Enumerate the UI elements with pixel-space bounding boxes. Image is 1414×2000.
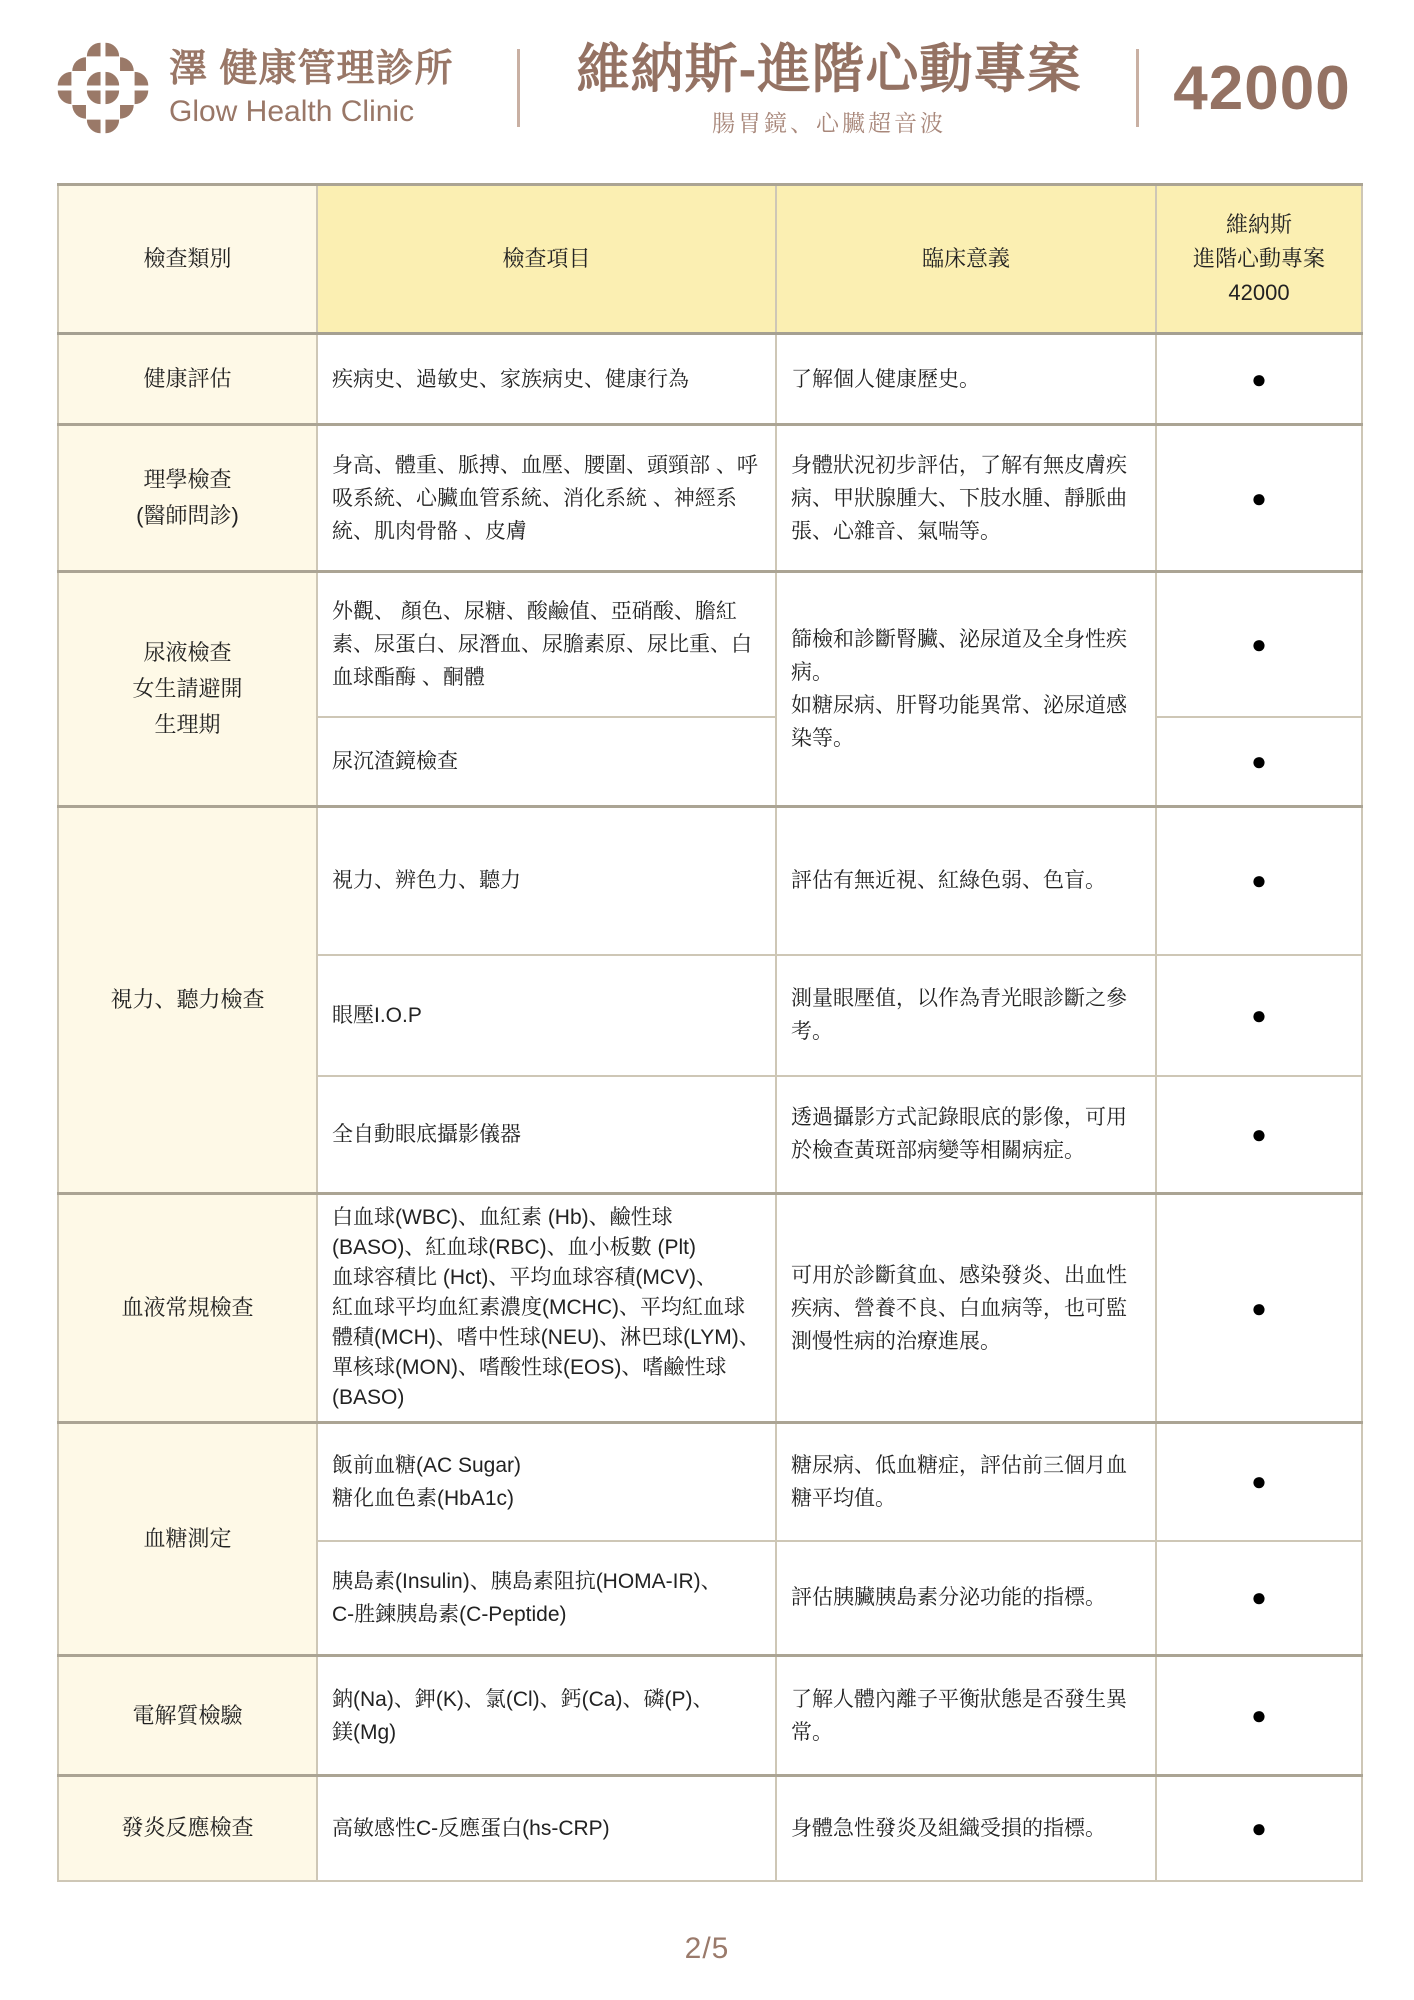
included-dot: ● [1156,1656,1362,1776]
table-row: 視力、聽力檢查 視力、辨色力、聽力 評估有無近視、紅綠色弱、色盲。 ● [58,807,1362,955]
category-cell: 發炎反應檢查 [58,1776,317,1881]
header-divider [1136,49,1139,127]
document-page: 澤 健康管理診所 Glow Health Clinic 維納斯-進階心動專案 腸… [0,0,1414,2000]
header-divider [517,49,520,127]
clinic-name-zh: 澤 健康管理診所 [169,46,499,92]
meaning-cell: 評估有無近視、紅綠色弱、色盲。 [776,807,1156,955]
included-dot: ● [1156,1541,1362,1656]
item-cell: 高敏感性C-反應蛋白(hs-CRP) [317,1776,776,1881]
plan-price: 42000 [1163,53,1361,124]
table-row: 尿液檢查 女生請避開 生理期 外觀、 顏色、尿糖、酸鹼值、亞硝酸、膽紅素、尿蛋白… [58,572,1362,717]
included-dot: ● [1156,717,1362,807]
item-cell: 視力、辨色力、聽力 [317,807,776,955]
included-dot: ● [1156,1776,1362,1881]
included-dot: ● [1156,1194,1362,1423]
clinic-name-block: 澤 健康管理診所 Glow Health Clinic [169,46,499,130]
item-cell: 飯前血糖(AC Sugar) 糖化血色素(HbA1c) [317,1423,776,1541]
meaning-cell: 透過攝影方式記錄眼底的影像，可用於檢查黃斑部病變等相關病症。 [776,1076,1156,1194]
table-row: 理學檢查 (醫師問診) 身高、體重、脈搏、血壓、腰圍、頭頸部 、呼吸系統、心臟血… [58,425,1362,572]
item-cell: 眼壓I.O.P [317,955,776,1076]
table-row: 電解質檢驗 鈉(Na)、鉀(K)、氯(Cl)、鈣(Ca)、磷(P)、 鎂(Mg)… [58,1656,1362,1776]
category-cell: 健康評估 [58,334,317,425]
category-cell: 視力、聽力檢查 [58,807,317,1194]
meaning-cell: 評估胰臟胰島素分泌功能的指標。 [776,1541,1156,1656]
item-cell: 全自動眼底攝影儀器 [317,1076,776,1194]
logo-quadrant-top-right [105,43,148,86]
category-cell: 理學檢查 (醫師問診) [58,425,317,572]
item-cell: 鈉(Na)、鉀(K)、氯(Cl)、鈣(Ca)、磷(P)、 鎂(Mg) [317,1656,776,1776]
item-cell: 疾病史、過敏史、家族病史、健康行為 [317,334,776,425]
logo-quadrant-bottom-right [105,90,148,133]
exam-table: 檢查類別 檢查項目 臨床意義 維納斯 進階心動專案 42000 健康評估 疾病史… [57,183,1363,1882]
clinic-name-en: Glow Health Clinic [169,94,499,130]
meaning-cell: 身體狀況初步評估，了解有無皮膚疾病、甲狀腺腫大、下肢水腫、靜脈曲張、心雜音、氣喘… [776,425,1156,572]
logo-quadrant-bottom-left [58,90,101,133]
included-dot: ● [1156,1076,1362,1194]
table-row: 發炎反應檢查 高敏感性C-反應蛋白(hs-CRP) 身體急性發炎及組織受損的指標… [58,1776,1362,1881]
logo-quadrant-top-left [58,43,101,86]
clinic-logo-icon [57,42,149,134]
included-dot: ● [1156,955,1362,1076]
meaning-cell: 測量眼壓值，以作為青光眼診斷之參考。 [776,955,1156,1076]
item-cell: 身高、體重、脈搏、血壓、腰圍、頭頸部 、呼吸系統、心臟血管系統、消化系統 、神經… [317,425,776,572]
document-header: 澤 健康管理診所 Glow Health Clinic 維納斯-進階心動專案 腸… [57,34,1361,142]
table-row: 健康評估 疾病史、過敏史、家族病史、健康行為 了解個人健康歷史。 ● [58,334,1362,425]
item-cell: 白血球(WBC)、血紅素 (Hb)、鹼性球(BASO)、紅血球(RBC)、血小板… [317,1194,776,1423]
meaning-cell: 可用於診斷貧血、感染發炎、出血性疾病、營養不良、白血病等，也可監測慢性病的治療進… [776,1194,1156,1423]
plan-title: 維納斯-進階心動專案 [546,39,1112,101]
table-header-row: 檢查類別 檢查項目 臨床意義 維納斯 進階心動專案 42000 [58,185,1362,334]
plan-subtitle: 腸胃鏡、心臟超音波 [546,105,1112,138]
included-dot: ● [1156,1423,1362,1541]
plan-title-block: 維納斯-進階心動專案 腸胃鏡、心臟超音波 [546,39,1112,138]
included-dot: ● [1156,334,1362,425]
column-header-category: 檢查類別 [58,185,317,334]
meaning-cell: 篩檢和診斷腎臟、泌尿道及全身性疾病。 如糖尿病、肝腎功能異常、泌尿道感染等。 [776,572,1156,807]
category-cell: 血液常規檢查 [58,1194,317,1423]
item-cell: 外觀、 顏色、尿糖、酸鹼值、亞硝酸、膽紅素、尿蛋白、尿潛血、尿膽素原、尿比重、白… [317,572,776,717]
table-row: 血糖測定 飯前血糖(AC Sugar) 糖化血色素(HbA1c) 糖尿病、低血糖… [58,1423,1362,1541]
meaning-cell: 身體急性發炎及組織受損的指標。 [776,1776,1156,1881]
included-dot: ● [1156,807,1362,955]
table-row: 血液常規檢查 白血球(WBC)、血紅素 (Hb)、鹼性球(BASO)、紅血球(R… [58,1194,1362,1423]
included-dot: ● [1156,425,1362,572]
category-cell: 血糖測定 [58,1423,317,1656]
item-cell: 尿沉渣鏡檢查 [317,717,776,807]
column-header-meaning: 臨床意義 [776,185,1156,334]
category-cell: 電解質檢驗 [58,1656,317,1776]
category-cell: 尿液檢查 女生請避開 生理期 [58,572,317,807]
item-cell: 胰島素(Insulin)、胰島素阻抗(HOMA-IR)、 C-胜鍊胰島素(C-P… [317,1541,776,1656]
meaning-cell: 了解人體內離子平衡狀態是否發生異常。 [776,1656,1156,1776]
meaning-cell: 糖尿病、低血糖症，評估前三個月血糖平均值。 [776,1423,1156,1541]
column-header-item: 檢查項目 [317,185,776,334]
column-header-plan: 維納斯 進階心動專案 42000 [1156,185,1362,334]
meaning-cell: 了解個人健康歷史。 [776,334,1156,425]
page-number: 2/5 [0,1932,1414,1966]
included-dot: ● [1156,572,1362,717]
